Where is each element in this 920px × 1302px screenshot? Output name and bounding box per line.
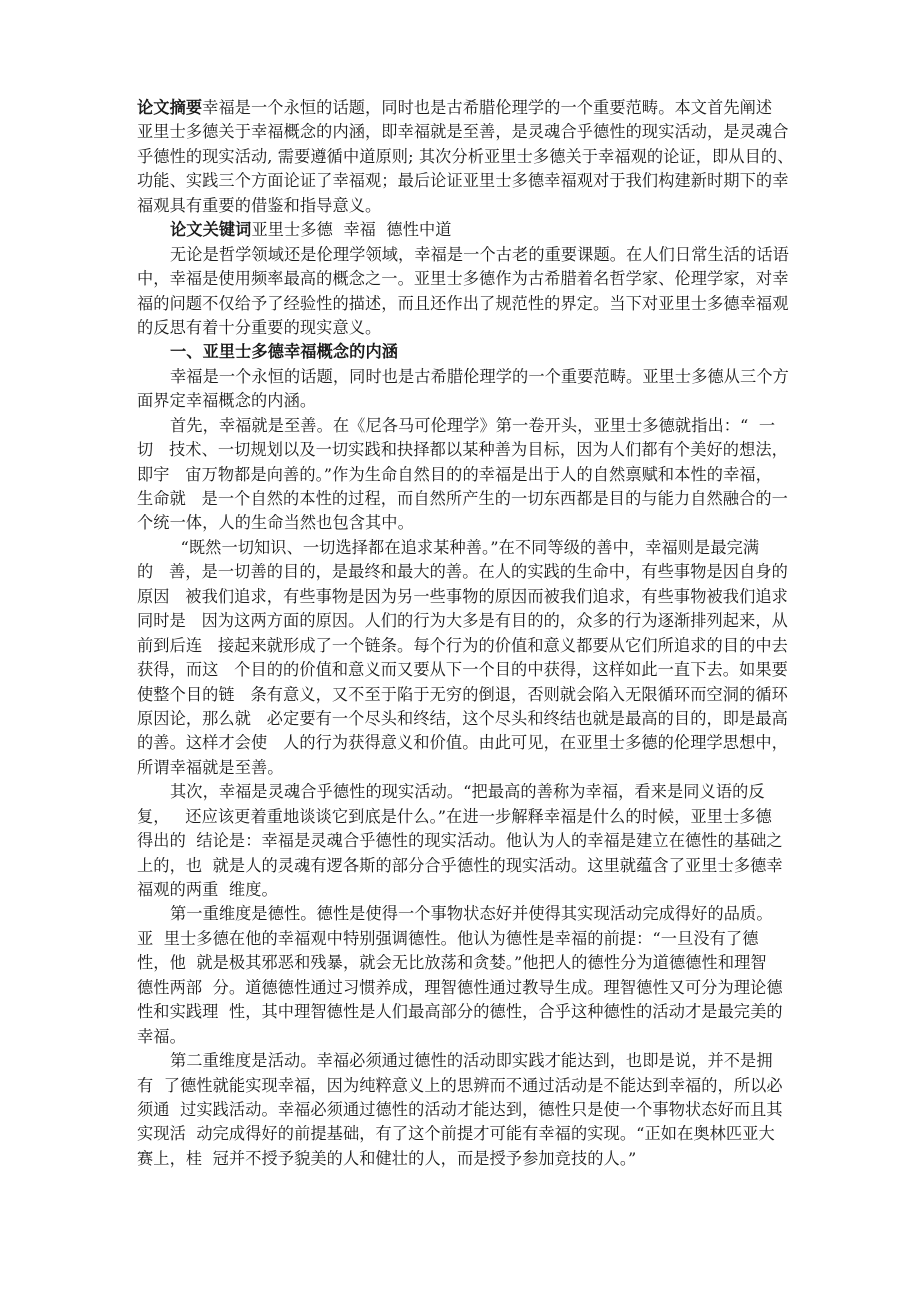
paragraph-line: 福观的两重 维度。 [137, 878, 797, 902]
paragraph-line: 个统一体，人的生命当然也包含其中。 [137, 511, 797, 535]
paragraph-line: 使整个目的链 条有意义，又不至于陷于无穷的倒退，否则就会陷入无限循环而空洞的循环 [137, 683, 797, 707]
abstract-text: 幸福是一个永恒的话题，同时也是古希腊伦理学的一个重要范畴。本文首先阐述 [202, 98, 772, 117]
paragraph-line: 原因 被我们追求，有些事物是因为另一些事物的原因而被我们追求，有些事物被我们追求 [137, 585, 797, 609]
abstract-line: 福观具有重要的借鉴和指导意义。 [137, 194, 797, 218]
paragraph-line: 性和实践理 性，其中理智德性是人们最高部分的德性，合乎这种德性的活动才是最完美的 [137, 1000, 797, 1024]
paragraph-line: 赛上，桂 冠并不授予貌美的人和健壮的人，而是授予参加竞技的人。” [137, 1147, 797, 1171]
paragraph-line: 切 技术、一切规划以及一切实践和抉择都以某种善为目标，因为人们都有个美好的想法， [137, 438, 797, 462]
intro-line: 的反思有着十分重要的现实意义。 [137, 316, 797, 340]
paragraph-line: 得出的 结论是：幸福是灵魂合乎德性的现实活动。他认为人的幸福是建立在德性的基础之 [137, 829, 797, 853]
paragraph-line: 前到后连 接起来就形成了一个链条。每个行为的价值和意义都要从它们所追求的目的中去 [137, 634, 797, 658]
paragraph-line: 所谓幸福就是至善。 [137, 756, 797, 780]
intro-line: 中，幸福是使用频率最高的概念之一。亚里士多德作为古希腊着名哲学家、伦理学家，对幸 [137, 267, 797, 291]
paragraph-line: 即宇 宙万物都是向善的。”作为生命自然目的的幸福是出于人的自然禀赋和本性的幸福， [137, 463, 797, 487]
paragraph-line: 实现活 动完成得好的前提基础，有了这个前提才可能有幸福的实现。“正如在奥林匹亚大 [137, 1122, 797, 1146]
paragraph-line: 生命就 是一个自然的本性的过程，而自然所产生的一切东西都是目的与能力自然融合的一 [137, 487, 797, 511]
paragraph-line: 须通 过实践活动。幸福必须通过德性的活动才能达到，德性只是使一个事物状态好而且其 [137, 1098, 797, 1122]
paragraph-line: 幸福是一个永恒的话题，同时也是古希腊伦理学的一个重要范畴。亚里士多德从三个方 [137, 365, 797, 389]
paragraph-line: 德性两部 分。道德德性通过习惯养成，理智德性通过教导生成。理智德性又可分为理论德 [137, 976, 797, 1000]
abstract-line: 亚里士多德关于幸福概念的内涵，即幸福就是至善，是灵魂合乎德性的现实活动，是灵魂合 [137, 120, 797, 144]
paragraph-line: 第一重维度是德性。德性是使得一个事物状态好并使得其实现活动完成得好的品质。 [137, 902, 797, 926]
abstract-line: 功能、实践三个方面论证了幸福观；最后论证亚里士多德幸福观对于我们构建新时期下的幸 [137, 169, 797, 193]
paragraph-line: “既然一切知识、一切选择都在追求某种善。”在不同等级的善中，幸福则是最完满 [137, 536, 797, 560]
keywords-label: 论文关键词 [170, 220, 251, 239]
intro-line: 无论是哲学领域还是伦理学领域，幸福是一个古老的重要课题。在人们日常生活的话语 [137, 243, 797, 267]
paragraph-line: 亚 里士多德在他的幸福观中特别强调德性。他认为德性是幸福的前提：“一旦没有了德 [137, 927, 797, 951]
paragraph-line: 面界定幸福概念的内涵。 [137, 389, 797, 413]
paragraph-line: 的 善，是一切善的目的，是最终和最大的善。在人的实践的生命中，有些事物是因自身的 [137, 560, 797, 584]
keywords-text: 亚里士多德 幸福 德性中道 [251, 220, 451, 239]
document-page: 论文摘要幸福是一个永恒的话题，同时也是古希腊伦理学的一个重要范畴。本文首先阐述 … [137, 96, 797, 1171]
paragraph-line: 上的，也 就是人的灵魂有逻各斯的部分合乎德性的现实活动。这里就蕴含了亚里士多德幸 [137, 854, 797, 878]
abstract-label: 论文摘要 [137, 98, 202, 117]
paragraph-line: 有 了德性就能实现幸福，因为纯粹意义上的思辨而不通过活动是不能达到幸福的，所以必 [137, 1074, 797, 1098]
intro-line: 福的问题不仅给予了经验性的描述，而且还作出了规范性的界定。当下对亚里士多德幸福观 [137, 292, 797, 316]
paragraph-line: 同时是 因为这两方面的原因。人们的行为大多是有目的的，众多的行为逐渐排列起来，从 [137, 609, 797, 633]
paragraph-line: 第二重维度是活动。幸福必须通过德性的活动即实践才能达到，也即是说，并不是拥 [137, 1049, 797, 1073]
paragraph-line: 原因论，那么就 必定要有一个尽头和终结，这个尽头和终结也就是最高的目的，即是最高 [137, 707, 797, 731]
section-heading: 一、亚里士多德幸福概念的内涵 [137, 340, 797, 364]
paragraph-line: 首先，幸福就是至善。在《尼各马可伦理学》第一卷开头，亚里士多德就指出：“ 一 [137, 414, 797, 438]
abstract-line: 论文摘要幸福是一个永恒的话题，同时也是古希腊伦理学的一个重要范畴。本文首先阐述 [137, 96, 797, 120]
paragraph-line: 幸福。 [137, 1025, 797, 1049]
paragraph-line: 性，他 就是极其邪恶和残暴，就会无比放荡和贪婪。”他把人的德性分为道德德性和理智 [137, 951, 797, 975]
paragraph-line: 的善。这样才会使 人的行为获得意义和价值。由此可见，在亚里士多德的伦理学思想中， [137, 731, 797, 755]
paragraph-line: 复， 还应该更着重地谈谈它到底是什么。”在进一步解释幸福是什么的时候，亚里士多德 [137, 805, 797, 829]
paragraph-line: 获得，而这 个目的的价值和意义而又要从下一个目的中获得，这样如此一直下去。如果要 [137, 658, 797, 682]
keywords-line: 论文关键词亚里士多德 幸福 德性中道 [137, 218, 797, 242]
abstract-line: 乎德性的现实活动, 需要遵循中道原则; 其次分析亚里士多德关于幸福观的论证，即从… [137, 145, 797, 169]
paragraph-line: 其次，幸福是灵魂合乎德性的现实活动。“把最高的善称为幸福，看来是同义语的反 [137, 780, 797, 804]
